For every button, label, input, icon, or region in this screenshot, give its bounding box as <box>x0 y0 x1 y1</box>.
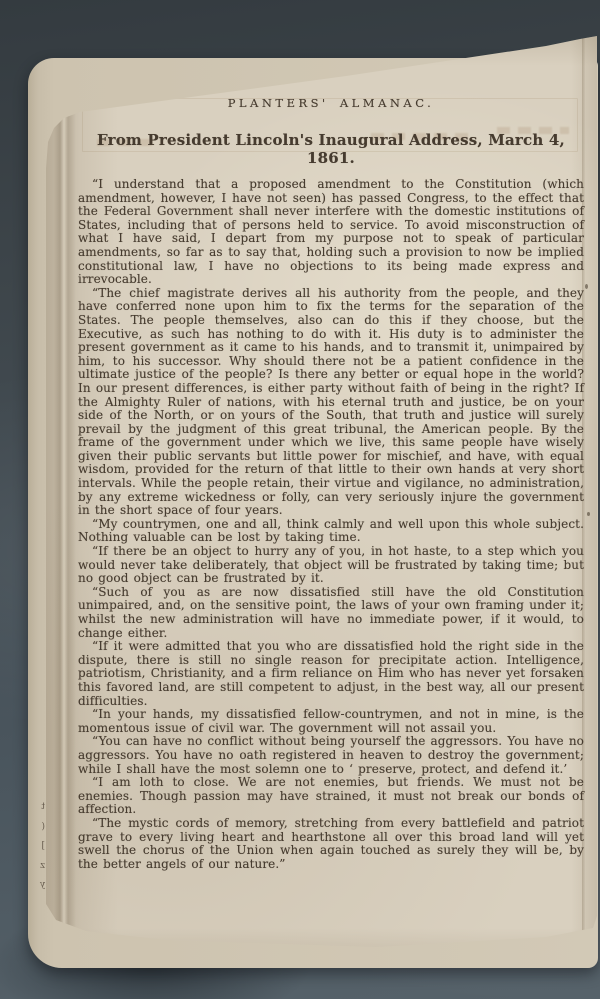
edge-mark: t <box>33 802 45 822</box>
almanac-page: 6 PLANTERS' ALMANAC. From President Linc… <box>46 36 597 954</box>
paragraph: “The chief magistrate derives all his au… <box>78 287 584 518</box>
edge-mark: ] <box>33 841 45 861</box>
photograph-mount: 6 PLANTERS' ALMANAC. From President Linc… <box>0 0 600 999</box>
paragraph: “The mystic cords of memory, stretching … <box>78 817 584 871</box>
ink-speck <box>585 284 588 289</box>
facing-page-edge-marks: t ( ] z y <box>33 802 45 900</box>
paragraph: “You can have no conflict without being … <box>78 735 584 776</box>
edge-mark: ( <box>33 822 45 842</box>
paragraph: “My countrymen, one and all, think calml… <box>78 518 584 545</box>
paragraph: “I understand that a proposed amendment … <box>78 178 584 287</box>
paragraph: “If there be an object to hurry any of y… <box>78 545 584 586</box>
spine-fold-shading <box>54 36 80 954</box>
edge-mark: y <box>33 880 45 900</box>
edge-mark: z <box>33 861 45 881</box>
paragraph: “If it were admitted that you who are di… <box>78 640 584 708</box>
paragraph: “Such of you as are now dissatisfied sti… <box>78 586 584 640</box>
article-body: “I understand that a proposed amendment … <box>78 178 584 871</box>
article-title: From President Lincoln's Inaugural Addre… <box>78 131 584 167</box>
paragraph: “I am loth to close. We are not enemies,… <box>78 776 584 817</box>
ink-speck <box>587 512 590 516</box>
printed-content: 6 PLANTERS' ALMANAC. From President Linc… <box>78 94 584 871</box>
paragraph: “In your hands, my dissatisfied fellow-c… <box>78 708 584 735</box>
